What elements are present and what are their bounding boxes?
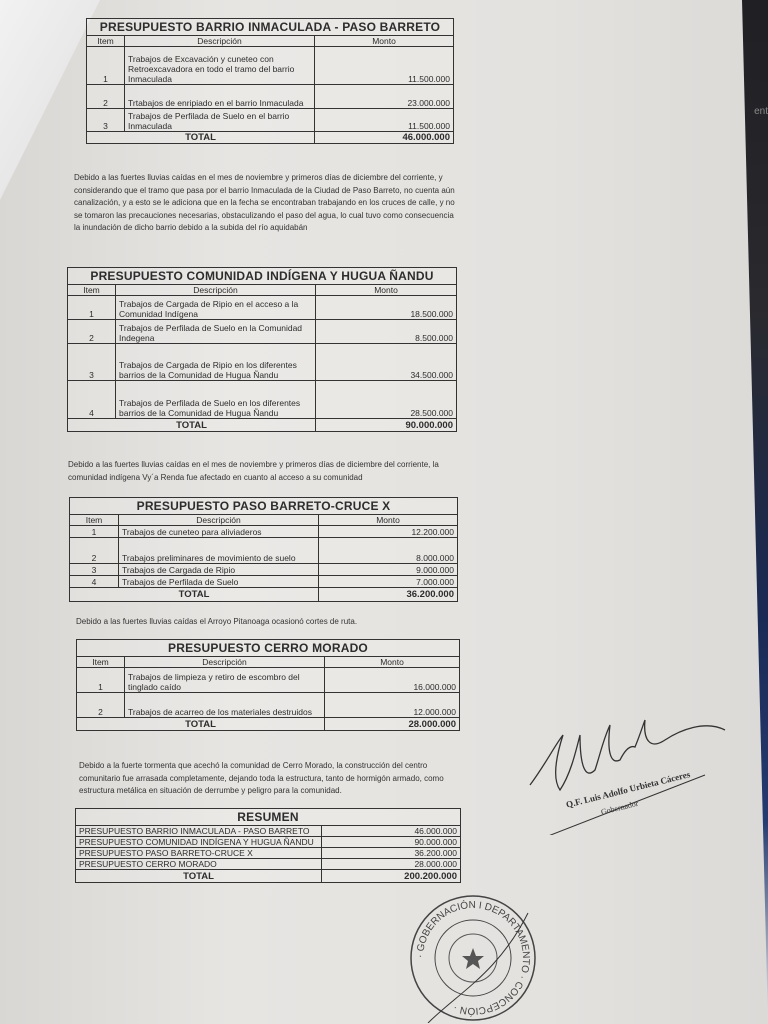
col-header-item: Item: [77, 657, 125, 668]
paragraph-inmaculada: Debido a las fuertes lluvias caídas en e…: [74, 172, 456, 235]
table-title: PRESUPUESTO PASO BARRETO-CRUCE X: [69, 497, 458, 514]
table-title: PRESUPUESTO COMUNIDAD INDÍGENA Y HUGUA Ñ…: [67, 267, 457, 284]
col-header-monto: Monto: [316, 285, 457, 296]
paragraph-comunidad-indigena: Debido a las fuertes lluvias caídas en e…: [68, 459, 468, 484]
col-header-item: Item: [87, 36, 125, 47]
col-header-descripcion: Descripción: [125, 36, 315, 47]
col-header-item: Item: [68, 285, 116, 296]
document: PRESUPUESTO BARRIO INMACULADA - PASO BAR…: [0, 0, 768, 1024]
paragraph-cerro-morado: Debido a la fuerte tormenta que acechó l…: [79, 760, 464, 798]
table-row: 3 Trabajos de Cargada de Ripio en los di…: [68, 344, 457, 381]
table-row: 2 Trabajos preliminares de movimiento de…: [70, 538, 458, 564]
paragraph-paso-barreto: Debido a las fuertes lluvias caídas el A…: [76, 616, 466, 629]
total-row: TOTAL 36.200.000: [70, 588, 458, 602]
total-row: TOTAL 90.000.000: [68, 419, 457, 432]
col-header-monto: Monto: [325, 657, 460, 668]
table-row: 1 Trabajos de Excavación y cuneteo con R…: [87, 47, 454, 85]
summary-title: RESUMEN: [75, 808, 461, 825]
summary-row: PRESUPUESTO PASO BARRETO-CRUCE X 36.200.…: [76, 848, 461, 859]
table-row: 3 Trabajos de Cargada de Ripio 9.000.000: [70, 564, 458, 576]
col-header-item: Item: [70, 515, 119, 526]
summary-table: RESUMEN PRESUPUESTO BARRIO INMACULADA - …: [75, 808, 461, 883]
summary-row: PRESUPUESTO BARRIO INMACULADA - PASO BAR…: [76, 826, 461, 837]
table-title: PRESUPUESTO BARRIO INMACULADA - PASO BAR…: [86, 18, 454, 35]
table-row: 1 Trabajos de limpieza y retiro de escom…: [77, 668, 460, 693]
col-header-descripcion: Descripción: [125, 657, 325, 668]
table-row: 3 Trabajos de Perfilada de Suelo en el b…: [87, 109, 454, 132]
handwritten-signature: [525, 705, 765, 835]
table-row: 1 Trabajos de Cargada de Ripio en el acc…: [68, 296, 457, 320]
table-row: 2 Trabajos de Perfilada de Suelo en la C…: [68, 320, 457, 344]
table-row: 4 Trabajos de Perfilada de Suelo en los …: [68, 381, 457, 419]
budget-table-comunidad-indigena: PRESUPUESTO COMUNIDAD INDÍGENA Y HUGUA Ñ…: [67, 267, 457, 432]
col-header-monto: Monto: [315, 36, 454, 47]
summary-row: PRESUPUESTO COMUNIDAD INDÍGENA Y HUGUA Ñ…: [76, 837, 461, 848]
summary-row: PRESUPUESTO CERRO MORADO 28.000.000: [76, 859, 461, 870]
col-header-descripcion: Descripción: [119, 515, 319, 526]
table-row: 2 Trabajos de acarreo de los materiales …: [77, 693, 460, 718]
budget-table-cerro-morado: PRESUPUESTO CERRO MORADO Item Descripció…: [76, 639, 460, 731]
official-seal: · GOBERNACIÓN I DEPARTAMENTO · CONCEPCIÓ…: [408, 893, 538, 1023]
total-row: TOTAL 200.200.000: [76, 870, 461, 883]
budget-table-inmaculada: PRESUPUESTO BARRIO INMACULADA - PASO BAR…: [86, 18, 454, 144]
col-header-monto: Monto: [319, 515, 458, 526]
table-row: 1 Trabajos de cuneteo para aliviaderos 1…: [70, 526, 458, 538]
table-row: 4 Trabajos de Perfilada de Suelo 7.000.0…: [70, 576, 458, 588]
table-title: PRESUPUESTO CERRO MORADO: [76, 639, 460, 656]
total-row: TOTAL 28.000.000: [77, 718, 460, 731]
table-row: 2 Trtabajos de enripiado en el barrio In…: [87, 85, 454, 109]
total-row: TOTAL 46.000.000: [87, 132, 454, 144]
budget-table-paso-barreto-cruce-x: PRESUPUESTO PASO BARRETO-CRUCE X Item De…: [69, 497, 458, 602]
col-header-descripcion: Descripción: [116, 285, 316, 296]
